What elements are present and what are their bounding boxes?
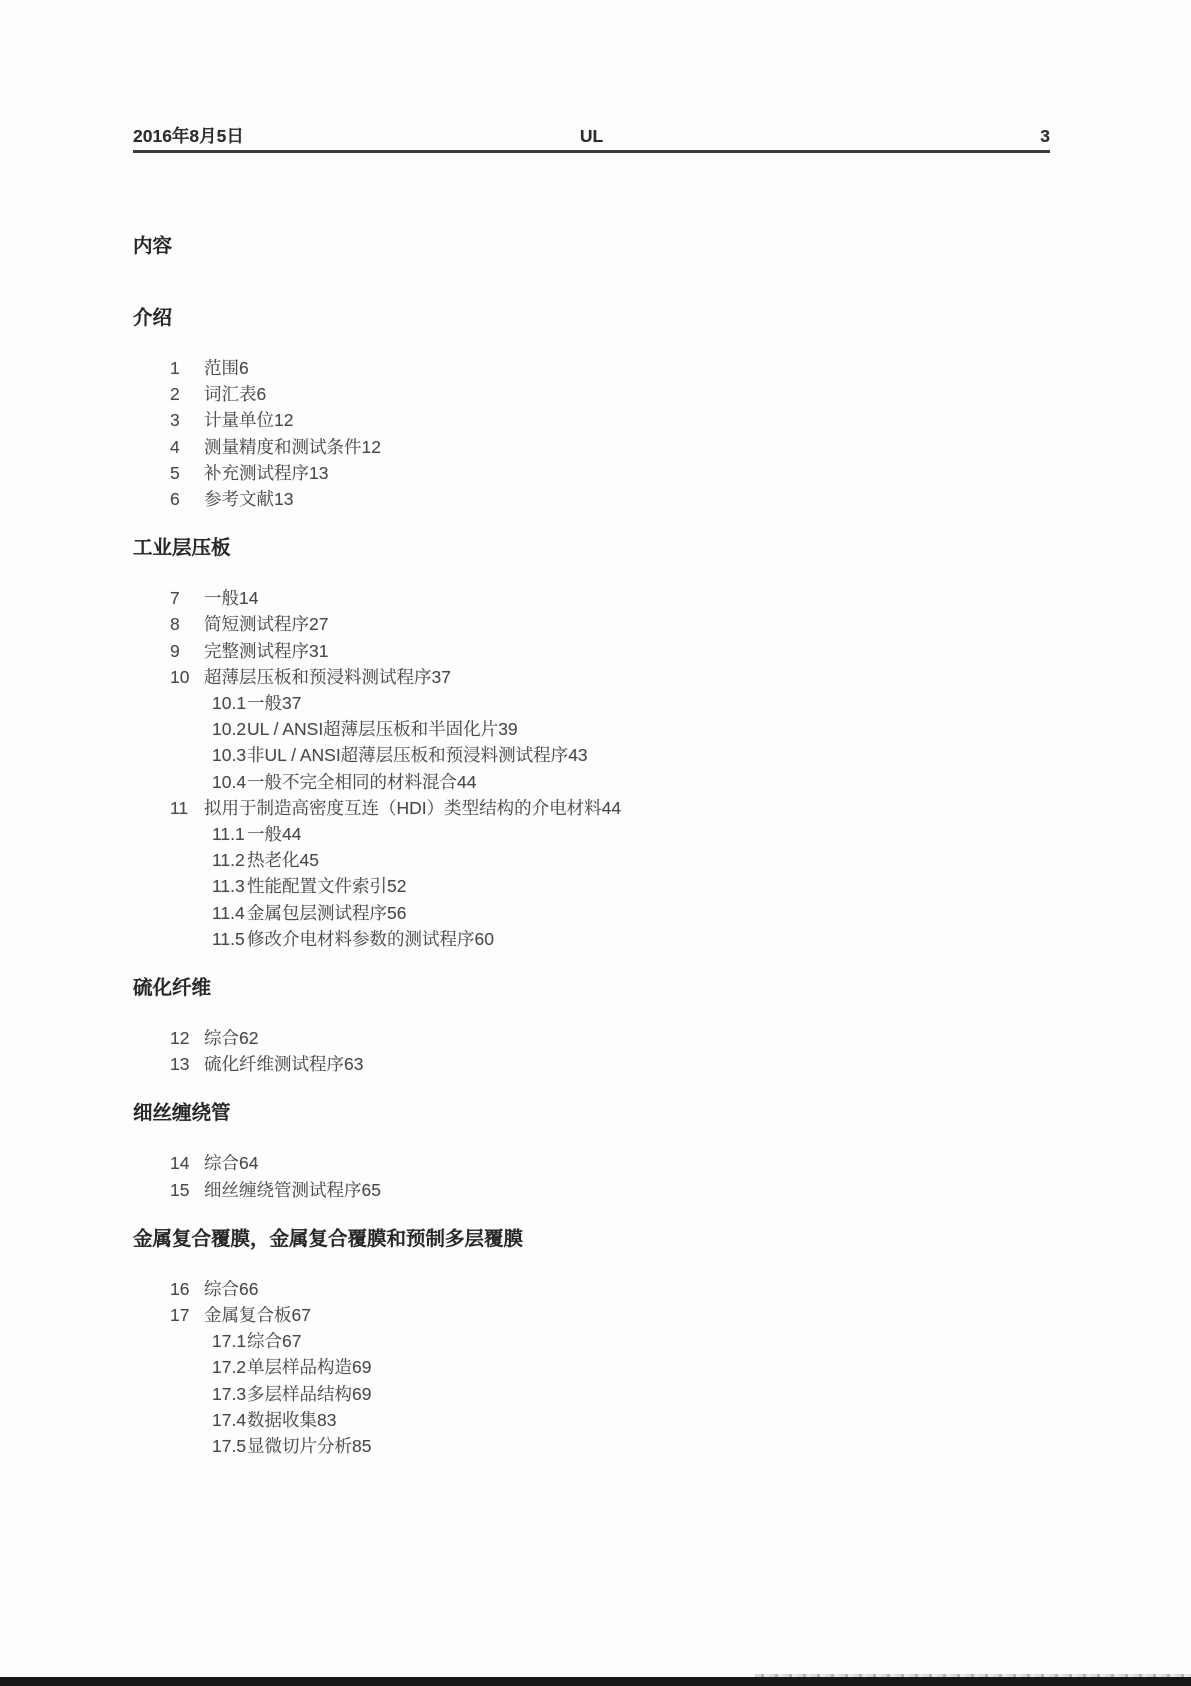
toc-item-page: 83 bbox=[317, 1410, 336, 1430]
toc-item-title: 硫化纤维测试程序 bbox=[204, 1054, 344, 1074]
toc-item-page: 69 bbox=[352, 1384, 371, 1404]
toc-row: 17.4数据收集83 bbox=[133, 1407, 1050, 1433]
toc-item-title: 综合 bbox=[247, 1331, 282, 1351]
toc-row: 9完整测试程序31 bbox=[133, 638, 1050, 664]
toc-row: 11.4金属包层测试程序56 bbox=[133, 900, 1050, 926]
toc-row: 17.3多层样品结构69 bbox=[133, 1381, 1050, 1407]
toc-row: 17金属复合板67 bbox=[133, 1302, 1050, 1328]
toc-section: 介绍 1范围6 2词汇表6 3计量单位12 4测量精度和测试条件12 5补充测试… bbox=[133, 305, 1050, 512]
toc-item-number: 11.1 bbox=[212, 821, 247, 847]
section-items: 1范围6 2词汇表6 3计量单位12 4测量精度和测试条件12 5补充测试程序1… bbox=[133, 355, 1050, 512]
toc-item-page: 39 bbox=[498, 719, 517, 739]
toc-item-title: 非UL / ANSI超薄层压板和预浸料测试程序 bbox=[247, 745, 568, 765]
toc-item-title: UL / ANSI超薄层压板和半固化片 bbox=[247, 719, 498, 739]
toc-item-page: 13 bbox=[274, 489, 293, 509]
toc-item-number: 12 bbox=[170, 1025, 204, 1051]
toc-row: 4测量精度和测试条件12 bbox=[133, 434, 1050, 460]
toc-item-page: 6 bbox=[239, 358, 249, 378]
toc-row: 10.2UL / ANSI超薄层压板和半固化片39 bbox=[133, 716, 1050, 742]
toc-item-page: 43 bbox=[568, 745, 587, 765]
toc-item-number: 10.3 bbox=[212, 742, 247, 768]
toc-row: 14综合64 bbox=[133, 1150, 1050, 1176]
toc-item-number: 17.2 bbox=[212, 1354, 247, 1380]
toc-item-title: 细丝缠绕管测试程序 bbox=[204, 1180, 362, 1200]
toc-item-number: 11.4 bbox=[212, 900, 247, 926]
section-heading: 细丝缠绕管 bbox=[133, 1100, 1050, 1126]
toc-row: 8简短测试程序27 bbox=[133, 611, 1050, 637]
toc-item-number: 13 bbox=[170, 1051, 204, 1077]
toc-item-page: 37 bbox=[282, 693, 301, 713]
toc-item-title: 简短测试程序 bbox=[204, 614, 309, 634]
toc-item-page: 56 bbox=[387, 903, 406, 923]
toc-item-title: 综合 bbox=[204, 1279, 239, 1299]
toc-row: 11.3性能配置文件索引52 bbox=[133, 873, 1050, 899]
header-rule bbox=[133, 150, 1050, 153]
toc-item-title: 完整测试程序 bbox=[204, 641, 309, 661]
toc-item-title: 一般 bbox=[247, 824, 282, 844]
toc-item-page: 44 bbox=[457, 772, 476, 792]
toc-item-number: 4 bbox=[170, 434, 204, 460]
toc-item-title: 一般不完全相同的材料混合 bbox=[247, 772, 457, 792]
toc-row: 11.2热老化45 bbox=[133, 847, 1050, 873]
toc-row: 17.2单层样品构造69 bbox=[133, 1354, 1050, 1380]
toc-row: 1范围6 bbox=[133, 355, 1050, 381]
toc-item-page: 52 bbox=[387, 876, 406, 896]
toc-sections: 介绍 1范围6 2词汇表6 3计量单位12 4测量精度和测试条件12 5补充测试… bbox=[133, 305, 1050, 1459]
toc-item-title: 一般 bbox=[204, 588, 239, 608]
toc-row: 10.3非UL / ANSI超薄层压板和预浸料测试程序43 bbox=[133, 742, 1050, 768]
toc-item-number: 17.1 bbox=[212, 1328, 247, 1354]
toc-item-page: 60 bbox=[475, 929, 494, 949]
toc-item-title: 多层样品结构 bbox=[247, 1384, 352, 1404]
toc-item-number: 2 bbox=[170, 381, 204, 407]
toc-item-number: 17.5 bbox=[212, 1433, 247, 1459]
toc-item-number: 11 bbox=[170, 795, 204, 821]
toc-section: 金属复合覆膜，金属复合覆膜和预制多层覆膜 16综合66 17金属复合板67 17… bbox=[133, 1226, 1050, 1459]
toc-item-title: 一般 bbox=[247, 693, 282, 713]
toc-item-number: 11.3 bbox=[212, 873, 247, 899]
toc-item-number: 10 bbox=[170, 664, 204, 690]
toc-item-page: 85 bbox=[352, 1436, 371, 1456]
section-heading: 硫化纤维 bbox=[133, 975, 1050, 1001]
toc-item-page: 13 bbox=[309, 463, 328, 483]
toc-item-number: 17.4 bbox=[212, 1407, 247, 1433]
toc-item-title: 范围 bbox=[204, 358, 239, 378]
toc-item-page: 27 bbox=[309, 614, 328, 634]
toc-item-number: 17 bbox=[170, 1302, 204, 1328]
toc-item-title: 超薄层压板和预浸料测试程序 bbox=[204, 667, 432, 687]
toc-item-title: 显微切片分析 bbox=[247, 1436, 352, 1456]
toc-item-number: 14 bbox=[170, 1150, 204, 1176]
toc-row: 13硫化纤维测试程序63 bbox=[133, 1051, 1050, 1077]
toc-item-title: 性能配置文件索引 bbox=[247, 876, 387, 896]
toc-section: 工业层压板 7一般14 8简短测试程序27 9完整测试程序31 10超薄层压板和… bbox=[133, 535, 1050, 952]
toc-item-number: 7 bbox=[170, 585, 204, 611]
toc-item-title: 数据收集 bbox=[247, 1410, 317, 1430]
toc-item-page: 6 bbox=[257, 384, 267, 404]
section-items: 7一般14 8简短测试程序27 9完整测试程序31 10超薄层压板和预浸料测试程… bbox=[133, 585, 1050, 952]
header-doc-code: UL bbox=[580, 126, 603, 147]
toc-row: 5补充测试程序13 bbox=[133, 460, 1050, 486]
toc-item-title: 修改介电材料参数的测试程序 bbox=[247, 929, 475, 949]
toc-item-page: 37 bbox=[432, 667, 451, 687]
toc-item-title: 金属包层测试程序 bbox=[247, 903, 387, 923]
toc-item-title: 综合 bbox=[204, 1028, 239, 1048]
toc-item-number: 15 bbox=[170, 1177, 204, 1203]
toc-section: 细丝缠绕管 14综合64 15细丝缠绕管测试程序65 bbox=[133, 1100, 1050, 1202]
toc-item-number: 3 bbox=[170, 407, 204, 433]
toc-item-page: 44 bbox=[602, 798, 621, 818]
table-of-contents: 内容 介绍 1范围6 2词汇表6 3计量单位12 4测量精度和测试条件12 5补… bbox=[133, 233, 1050, 1459]
document-page: 2016年8月5日 UL 3 内容 介绍 1范围6 2词汇表6 3计量单位12 … bbox=[0, 0, 1191, 1686]
toc-item-title: 综合 bbox=[204, 1153, 239, 1173]
section-items: 16综合66 17金属复合板67 17.1综合67 17.2单层样品构造69 1… bbox=[133, 1276, 1050, 1459]
toc-row: 17.5显微切片分析85 bbox=[133, 1433, 1050, 1459]
toc-item-number: 17.3 bbox=[212, 1381, 247, 1407]
toc-item-page: 12 bbox=[274, 410, 293, 430]
toc-item-number: 10.4 bbox=[212, 769, 247, 795]
toc-item-number: 9 bbox=[170, 638, 204, 664]
toc-row: 10超薄层压板和预浸料测试程序37 bbox=[133, 664, 1050, 690]
toc-row: 16综合66 bbox=[133, 1276, 1050, 1302]
toc-item-page: 69 bbox=[352, 1357, 371, 1377]
toc-item-title: 测量精度和测试条件 bbox=[204, 437, 362, 457]
toc-row: 2词汇表6 bbox=[133, 381, 1050, 407]
header-page-number: 3 bbox=[603, 126, 1050, 147]
toc-item-page: 65 bbox=[362, 1180, 381, 1200]
toc-row: 15细丝缠绕管测试程序65 bbox=[133, 1177, 1050, 1203]
toc-row: 3计量单位12 bbox=[133, 407, 1050, 433]
contents-title: 内容 bbox=[133, 233, 1050, 259]
toc-item-page: 64 bbox=[239, 1153, 258, 1173]
toc-item-page: 31 bbox=[309, 641, 328, 661]
toc-row: 12综合62 bbox=[133, 1025, 1050, 1051]
toc-item-title: 拟用于制造高密度互连（HDI）类型结构的介电材料 bbox=[204, 798, 602, 818]
footer-scan-bar bbox=[0, 1677, 1191, 1686]
toc-item-title: 补充测试程序 bbox=[204, 463, 309, 483]
toc-item-number: 6 bbox=[170, 486, 204, 512]
toc-item-number: 5 bbox=[170, 460, 204, 486]
toc-row: 17.1综合67 bbox=[133, 1328, 1050, 1354]
toc-item-number: 1 bbox=[170, 355, 204, 381]
toc-item-number: 11.2 bbox=[212, 847, 247, 873]
toc-row: 7一般14 bbox=[133, 585, 1050, 611]
toc-item-title: 热老化 bbox=[247, 850, 300, 870]
toc-item-number: 16 bbox=[170, 1276, 204, 1302]
toc-item-page: 44 bbox=[282, 824, 301, 844]
toc-item-number: 11.5 bbox=[212, 926, 247, 952]
toc-item-page: 63 bbox=[344, 1054, 363, 1074]
toc-item-title: 词汇表 bbox=[204, 384, 257, 404]
toc-item-title: 计量单位 bbox=[204, 410, 274, 430]
toc-row: 10.4一般不完全相同的材料混合44 bbox=[133, 769, 1050, 795]
toc-item-title: 单层样品构造 bbox=[247, 1357, 352, 1377]
toc-row: 10.1一般37 bbox=[133, 690, 1050, 716]
toc-item-page: 45 bbox=[300, 850, 319, 870]
toc-item-page: 67 bbox=[292, 1305, 311, 1325]
toc-item-title: 参考文献 bbox=[204, 489, 274, 509]
toc-section: 硫化纤维 12综合62 13硫化纤维测试程序63 bbox=[133, 975, 1050, 1077]
toc-item-page: 67 bbox=[282, 1331, 301, 1351]
section-items: 12综合62 13硫化纤维测试程序63 bbox=[133, 1025, 1050, 1077]
toc-item-number: 8 bbox=[170, 611, 204, 637]
toc-row: 11.1一般44 bbox=[133, 821, 1050, 847]
section-items: 14综合64 15细丝缠绕管测试程序65 bbox=[133, 1150, 1050, 1202]
toc-item-number: 10.2 bbox=[212, 716, 247, 742]
toc-row: 11拟用于制造高密度互连（HDI）类型结构的介电材料44 bbox=[133, 795, 1050, 821]
toc-item-page: 66 bbox=[239, 1279, 258, 1299]
page-header: 2016年8月5日 UL 3 bbox=[133, 123, 1050, 148]
section-heading: 工业层压板 bbox=[133, 535, 1050, 561]
toc-item-page: 14 bbox=[239, 588, 258, 608]
toc-row: 6参考文献13 bbox=[133, 486, 1050, 512]
toc-item-title: 金属复合板 bbox=[204, 1305, 292, 1325]
header-date: 2016年8月5日 bbox=[133, 123, 580, 148]
section-heading: 介绍 bbox=[133, 305, 1050, 331]
toc-item-number: 10.1 bbox=[212, 690, 247, 716]
section-heading: 金属复合覆膜，金属复合覆膜和预制多层覆膜 bbox=[133, 1226, 1050, 1252]
toc-item-page: 62 bbox=[239, 1028, 258, 1048]
toc-row: 11.5修改介电材料参数的测试程序60 bbox=[133, 926, 1050, 952]
toc-item-page: 12 bbox=[362, 437, 381, 457]
